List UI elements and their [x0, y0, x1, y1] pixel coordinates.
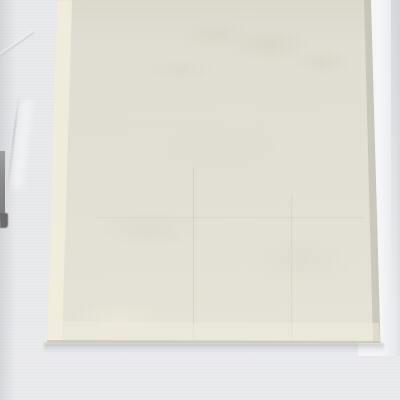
photo-frame [0, 0, 400, 400]
paper-sheet [0, 0, 400, 400]
dark-strip [0, 151, 5, 221]
dark-strip-tip [0, 213, 8, 228]
paper-showthrough-line [193, 168, 194, 338]
paper-showthrough-line [95, 217, 365, 218]
backdrop-right-edge-sliver [391, 0, 400, 300]
paper-shadow [44, 343, 384, 353]
